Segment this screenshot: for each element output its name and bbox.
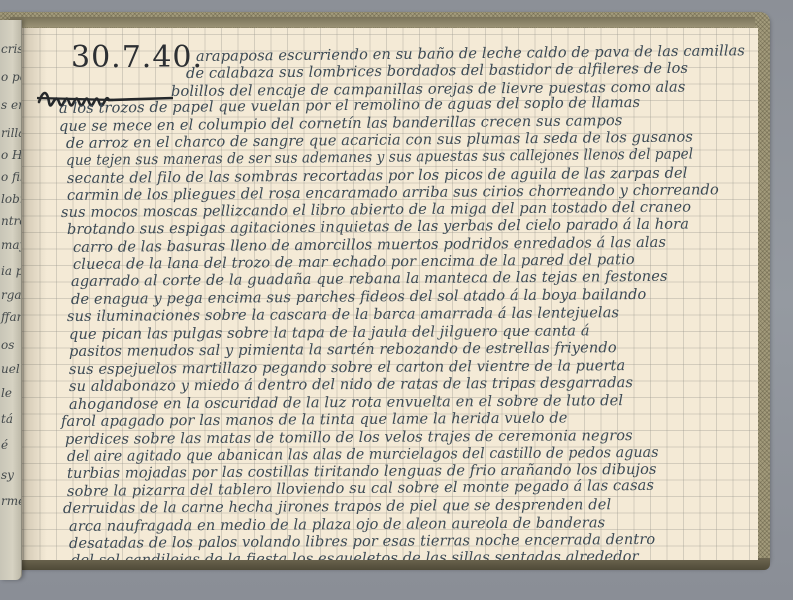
left-page-fragment: le xyxy=(1,386,12,400)
left-page-fragment: sy xyxy=(1,468,14,482)
left-page-fragment: rmente xyxy=(1,494,22,508)
cover-top-edge xyxy=(10,17,755,27)
left-page-fragment: ia p xyxy=(1,264,22,278)
left-page-fragment: os xyxy=(1,338,14,352)
notebook-photo: cristi o por s en rillas o Hom o fila lo… xyxy=(0,0,793,600)
left-page-fragment: é xyxy=(1,438,8,452)
left-page-fragment: rillas xyxy=(1,126,22,140)
left-page-fragment: rgas xyxy=(1,288,22,302)
left-page-edge: cristi o por s en rillas o Hom o fila lo… xyxy=(0,20,22,580)
left-page-fragment: o por xyxy=(1,70,22,84)
left-page-fragment: o Hom xyxy=(1,148,22,162)
entry-date: 30.7.40. xyxy=(71,40,203,75)
left-page-fragment: mayo xyxy=(1,238,22,252)
left-page-fragment: ntre xyxy=(1,214,22,228)
left-page-fragment: o fila xyxy=(1,170,22,184)
left-page-fragment: uel xyxy=(1,362,20,376)
left-page-fragment: ffan xyxy=(1,310,22,324)
left-page-fragment: tá xyxy=(1,412,13,426)
grid-paper-page: 30.7.40. arapaposa escurriendo en su bañ… xyxy=(21,28,758,560)
left-page-fragment: lobr xyxy=(1,192,22,206)
left-page-fragment: s en xyxy=(1,98,22,112)
handwritten-line: farol apagado por las manos de la tinta … xyxy=(61,409,568,430)
left-page-fragment: cristi xyxy=(1,42,22,56)
